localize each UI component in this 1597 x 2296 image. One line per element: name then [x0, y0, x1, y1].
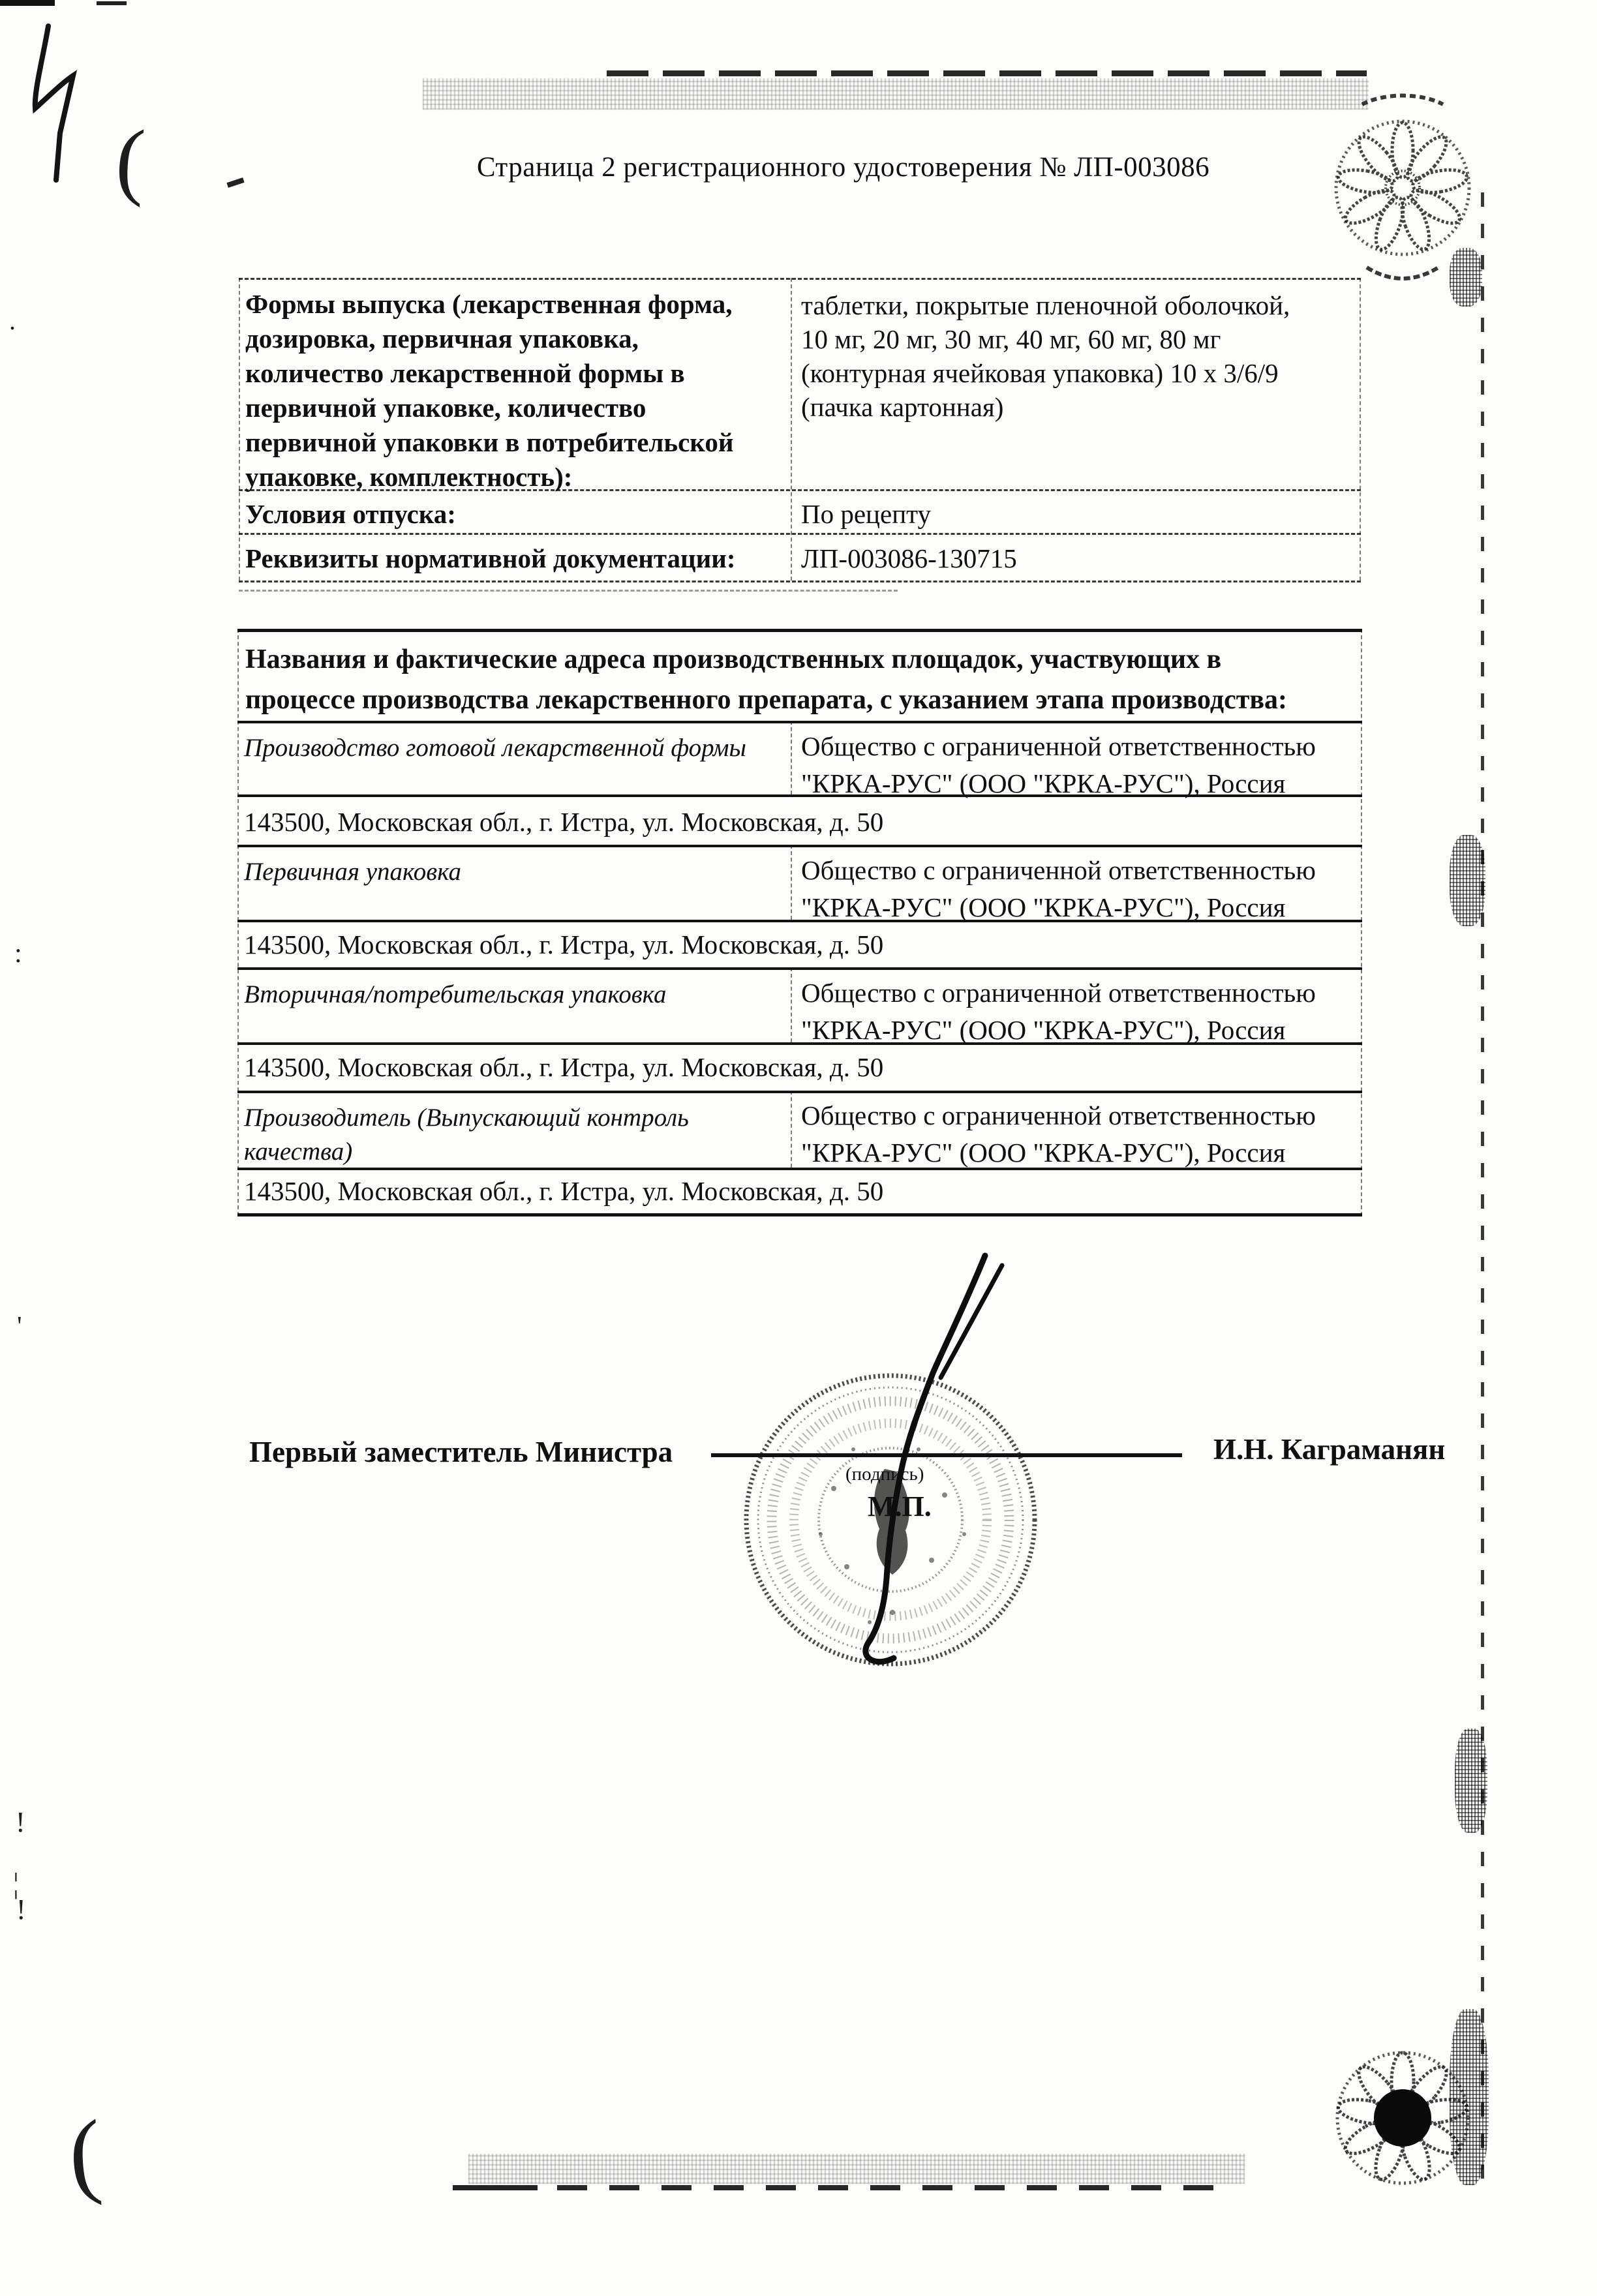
scan-noise-line-bottom	[453, 2185, 1236, 2190]
scan-speck: '	[17, 1311, 22, 1342]
stage-company: Общество с ограниченной ответственностью…	[801, 974, 1356, 1049]
scan-speck: !	[16, 1893, 26, 1926]
site-address: 143500, Московская обл., г. Истра, ул. М…	[244, 929, 883, 960]
scan-speck: :	[14, 938, 22, 969]
stage-company: Общество с ограниченной ответственностью…	[801, 728, 1356, 802]
release-forms-table: Формы выпуска (лекарственная форма, дози…	[239, 278, 1361, 592]
text-line: Общество с ограниченной ответственностью	[801, 728, 1356, 765]
stage-label: Вторичная/потребительская упаковка	[244, 978, 779, 1011]
scan-noise-line-top	[607, 70, 1367, 76]
text-line: первичной упаковки в потребительской	[245, 425, 787, 460]
text-line: "КРКА-РУС" (ООО "КРКА-РУС"), Россия	[801, 1012, 1356, 1049]
scan-paren-mark: (	[65, 2098, 104, 2210]
text-line: процессе производства лекарственного пре…	[245, 680, 1354, 720]
text-line: Производитель (Выпускающий контроль	[244, 1101, 779, 1135]
page-header: Страница 2 регистрационного удостоверени…	[404, 151, 1282, 183]
normative-docs-value: ЛП-003086-130715	[801, 541, 1017, 575]
text-line: первичной упаковке, количество	[245, 391, 787, 425]
scan-paren-mark: (	[114, 109, 147, 210]
handwritten-mark	[18, 18, 123, 188]
text-line: таблетки, покрытые пленочной оболочкой,	[801, 288, 1356, 322]
stage-label: Производитель (Выпускающий контроль каче…	[244, 1101, 779, 1169]
text-line: "КРКА-РУС" (ООО "КРКА-РУС"), Россия	[801, 765, 1356, 802]
scan-noise-band-bottom	[468, 2154, 1245, 2184]
scanned-certificate-page: ( . : ' ! ¦ ! ( Страница 2 регистрационн…	[0, 0, 1597, 2296]
text-line: (контурная ячейковая упаковка) 10 х 3/6/…	[801, 356, 1356, 390]
scan-artifact-bar	[0, 0, 55, 6]
dispensing-conditions-value: По рецепту	[801, 497, 931, 531]
scan-noise-band-top	[423, 78, 1369, 110]
text-line: Производство готовой лекарственной формы	[244, 732, 779, 764]
signer-name: И.Н. Каграманян	[1213, 1432, 1445, 1466]
text-line: Общество с ограниченной ответственностью	[801, 974, 1356, 1012]
dispensing-conditions-label: Условия отпуска:	[245, 497, 456, 532]
rosette-center-dot	[1374, 2089, 1431, 2147]
signer-position-title: Первый заместитель Министра	[249, 1435, 673, 1469]
text-line: Названия и фактические адреса производст…	[245, 639, 1354, 680]
stage-company: Общество с ограниченной ответственностью…	[801, 852, 1356, 926]
text-line: "КРКА-РУС" (ООО "КРКА-РУС"), Россия	[801, 1134, 1356, 1171]
scan-speck: !	[16, 1805, 25, 1839]
scan-edge-strip	[1450, 192, 1494, 2179]
manufacturing-sites-table: Названия и фактические адреса производст…	[237, 629, 1362, 1216]
stage-label: Первичная упаковка	[244, 856, 779, 888]
site-address: 143500, Московская обл., г. Истра, ул. М…	[244, 806, 883, 838]
form-release-value: таблетки, покрытые пленочной оболочкой, …	[801, 288, 1356, 424]
text-line: Первичная упаковка	[244, 856, 779, 888]
text-line: 10 мг, 20 мг, 30 мг, 40 мг, 60 мг, 80 мг	[801, 322, 1356, 356]
scan-speck: .	[9, 305, 16, 336]
scan-speck	[226, 177, 244, 188]
text-line: Общество с ограниченной ответственностью	[801, 852, 1356, 889]
text-line: Общество с ограниченной ответственностью	[801, 1097, 1356, 1134]
stage-label: Производство готовой лекарственной формы	[244, 732, 779, 764]
text-line: количество лекарственной формы в	[245, 356, 787, 391]
text-line: Вторичная/потребительская упаковка	[244, 978, 779, 1011]
text-line: Формы выпуска (лекарственная форма,	[245, 287, 787, 322]
rosette-ornament-bottom	[1324, 2032, 1481, 2221]
rosette-ornament-top	[1328, 85, 1478, 280]
pen-signature	[835, 1239, 1076, 1689]
site-address: 143500, Московская обл., г. Истра, ул. М…	[244, 1051, 883, 1083]
text-line: дозировка, первичная упаковка,	[245, 322, 787, 356]
text-line: (пачка картонная)	[801, 390, 1356, 424]
site-address: 143500, Московская обл., г. Истра, ул. М…	[244, 1175, 883, 1207]
sites-table-title: Названия и фактические адреса производст…	[245, 639, 1354, 720]
scan-artifact-bar	[97, 1, 127, 5]
text-line: "КРКА-РУС" (ООО "КРКА-РУС"), Россия	[801, 889, 1356, 926]
stage-company: Общество с ограниченной ответственностью…	[801, 1097, 1356, 1171]
text-line: качества)	[244, 1135, 779, 1169]
form-release-label: Формы выпуска (лекарственная форма, дози…	[245, 287, 787, 494]
normative-docs-label: Реквизиты нормативной документации:	[245, 541, 736, 576]
text-line: упаковке, комплектность):	[245, 460, 787, 494]
